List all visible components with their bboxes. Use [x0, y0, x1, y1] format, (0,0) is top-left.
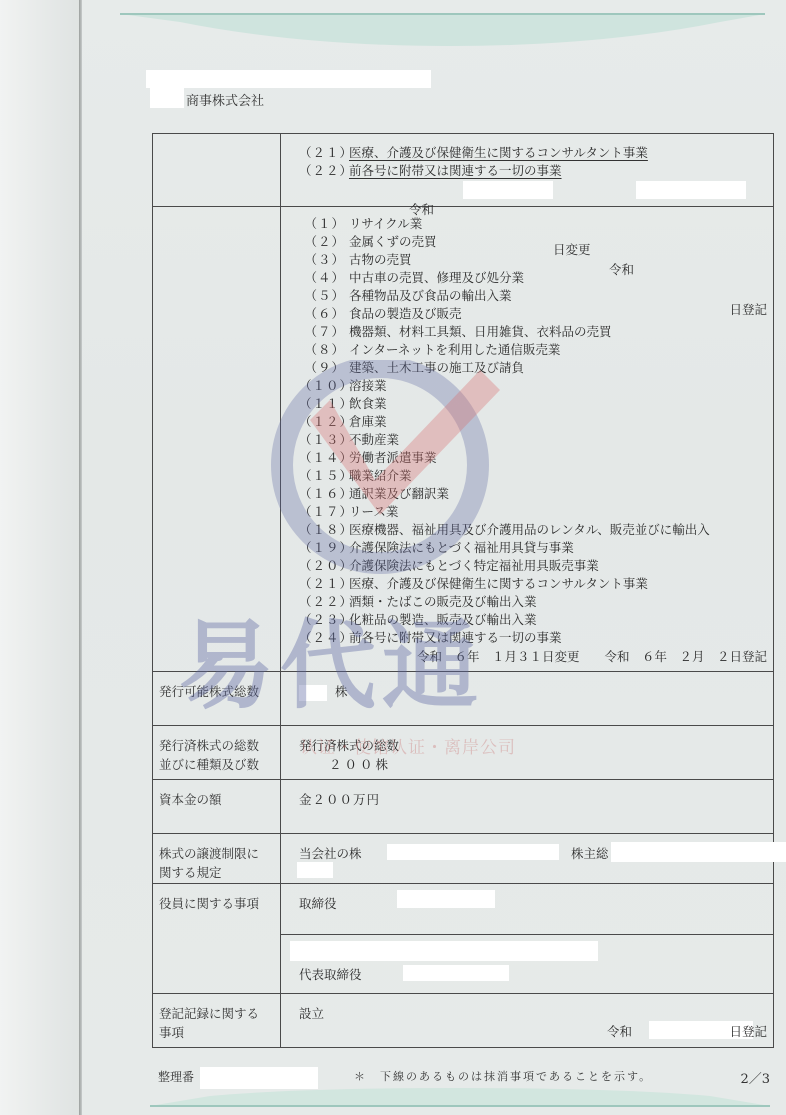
business-purpose-item: （１２）倉庫業 — [299, 413, 773, 431]
representative-director-entry: 代表取締役 — [281, 935, 773, 993]
redacted-director-name — [397, 890, 495, 908]
current-change-dates: 令和 ６年 １月３１日変更 令和 ６年 ２月 ２日登記 — [281, 647, 773, 667]
item-number: （８） — [299, 341, 345, 359]
purpose-row-previous: （２１）医療、介護及び保健衛生に関するコンサルタント事業（２２）前各号に附帯又は… — [153, 134, 774, 207]
item-text: 中古車の売買、修理及び処分業 — [349, 270, 524, 285]
item-text: 倉庫業 — [349, 414, 387, 429]
registration-record-row: 登記記録に関する 事項 設立 令和 日登記 — [153, 994, 774, 1048]
item-number: （２０） — [299, 557, 345, 575]
strikethrough-note: ＊ 下線のあるものは抹消事項であることを示す。 — [354, 1068, 652, 1084]
item-text: 飲食業 — [349, 396, 387, 411]
business-purpose-item: （２２）酒類・たばこの販売及び輸出入業 — [299, 593, 773, 611]
director-entry: 取締役 — [281, 884, 773, 935]
redacted-reference-number — [200, 1067, 318, 1089]
item-number: （２１） — [299, 144, 345, 162]
item-text: 前各号に附帯又は関連する一切の事業 — [349, 163, 562, 178]
redacted-representative-address — [290, 941, 598, 961]
item-text: 建築、土木工事の施工及び請負 — [349, 360, 524, 375]
item-text: 化粧品の製造、販売及び輸出入業 — [349, 612, 537, 627]
issued-shares-heading: 発行済株式の総数 — [299, 736, 773, 755]
item-number: （２４） — [299, 629, 345, 647]
purpose-row-current: （１）リサイクル業（２）金属くずの売買（３）古物の売買（４）中古車の売買、修理及… — [153, 207, 774, 672]
authorized-shares-label: 発行可能株式総数 — [153, 672, 281, 726]
business-purpose-item: （１４）労働者派遣事業 — [299, 449, 773, 467]
item-number: （１７） — [299, 503, 345, 521]
item-text: 職業紹介業 — [349, 468, 412, 483]
item-number: （１８） — [299, 521, 345, 539]
item-number: （６） — [299, 305, 345, 323]
previous-change-dates: 令和 日変更 令和 日登記 — [281, 180, 773, 200]
item-number: （１） — [299, 215, 345, 233]
page-indicator: 2／3 — [740, 1068, 770, 1087]
redacted-representative-name — [403, 965, 509, 981]
redacted-company-prefix — [150, 88, 184, 108]
business-purpose-item: （４）中古車の売買、修理及び処分業 — [299, 269, 773, 287]
reference-label: 整理番 — [158, 1070, 194, 1084]
business-purpose-item: （１）リサイクル業 — [299, 215, 773, 233]
item-number: （２） — [299, 233, 345, 251]
item-text: 介護保険法にもとづく特定福祉用具販売事業 — [349, 558, 599, 573]
redacted-transfer-text-2 — [611, 842, 786, 862]
capital-row: 資本金の額 金２００万円 — [153, 780, 774, 834]
security-band-bottom — [150, 1088, 770, 1108]
item-text: 各種物品及び食品の輸出入業 — [349, 288, 512, 303]
business-purpose-item: （１７）リース業 — [299, 503, 773, 521]
company-name: 商事株式会社 — [186, 90, 264, 109]
item-text: 医療機器、福祉用具及び介護用品のレンタル、販売並びに輸出入 — [349, 522, 710, 537]
capital-label: 資本金の額 — [153, 780, 281, 834]
issued-shares-value: ２００株 — [299, 755, 773, 774]
item-text: 労働者派遣事業 — [349, 450, 437, 465]
item-text: 酒類・たばこの販売及び輸出入業 — [349, 594, 537, 609]
business-purpose-item: （２１）医療、介護及び保健衛生に関するコンサルタント事業 — [299, 144, 773, 162]
item-text: リサイクル業 — [349, 216, 422, 231]
item-number: （２２） — [299, 593, 345, 611]
business-purpose-list: （１）リサイクル業（２）金属くずの売買（３）古物の売買（４）中古車の売買、修理及… — [281, 215, 773, 647]
item-text: インターネットを利用した通信販売業 — [349, 342, 560, 357]
authorized-shares-row: 発行可能株式総数 株 — [153, 672, 774, 726]
business-purpose-item: （１８）医療機器、福祉用具及び介護用品のレンタル、販売並びに輸出入 — [299, 521, 773, 539]
item-number: （４） — [299, 269, 345, 287]
business-purpose-item: （６）食品の製造及び販売 — [299, 305, 773, 323]
item-text: 通訳業及び翻訳業 — [349, 486, 449, 501]
business-purpose-item: （１９）介護保険法にもとづく福祉用具貸与事業 — [299, 539, 773, 557]
business-purpose-item: （２２）前各号に附帯又は関連する一切の事業 — [299, 162, 773, 180]
item-number: （５） — [299, 287, 345, 305]
registration-event: 設立 — [299, 1004, 773, 1022]
business-purpose-item: （１６）通訳業及び翻訳業 — [299, 485, 773, 503]
item-number: （１０） — [299, 377, 345, 395]
item-number: （１３） — [299, 431, 345, 449]
transfer-restriction-row: 株式の譲渡制限に 関する規定 当会社の株 株主総 — [153, 834, 774, 884]
capital-value: 金２００万円 — [299, 792, 380, 807]
item-number: （２３） — [299, 611, 345, 629]
business-purpose-item: （２３）化粧品の製造、販売及び輸出入業 — [299, 611, 773, 629]
business-purpose-item: （７）機器類、材料工具類、日用雑貨、衣料品の売買 — [299, 323, 773, 341]
item-text: 前各号に附帯又は関連する一切の事業 — [349, 630, 562, 645]
item-number: （１２） — [299, 413, 345, 431]
redacted-authorized-count — [299, 685, 327, 701]
item-number: （１４） — [299, 449, 345, 467]
business-purpose-item: （２１）医療、介護及び保健衛生に関するコンサルタント事業 — [299, 575, 773, 593]
redacted-registered-date — [636, 181, 746, 199]
page-footer: 整理番 ＊ 下線のあるものは抹消事項であることを示す。 2／3 — [158, 1068, 770, 1085]
item-text: 溶接業 — [349, 378, 387, 393]
item-text: 不動産業 — [349, 432, 399, 447]
business-purpose-item: （１１）飲食業 — [299, 395, 773, 413]
business-purpose-item: （１５）職業紹介業 — [299, 467, 773, 485]
item-number: （１６） — [299, 485, 345, 503]
business-purpose-item: （５）各種物品及び食品の輸出入業 — [299, 287, 773, 305]
officers-label: 役員に関する事項 — [153, 884, 281, 994]
business-purpose-item: （８）インターネットを利用した通信販売業 — [299, 341, 773, 359]
redacted-transfer-text-3 — [297, 862, 333, 878]
security-band-top — [120, 12, 765, 48]
item-number: （３） — [299, 251, 345, 269]
item-number: （２１） — [299, 575, 345, 593]
item-number: （１５） — [299, 467, 345, 485]
business-purpose-item: （３）古物の売買 — [299, 251, 773, 269]
redacted-company-name — [146, 70, 431, 88]
redacted-change-date — [463, 181, 553, 199]
issued-shares-row: 発行済株式の総数 並びに種類及び数 発行済株式の総数 ２００株 — [153, 726, 774, 780]
item-text: 介護保険法にもとづく福祉用具貸与事業 — [349, 540, 574, 555]
item-text: 古物の売買 — [349, 252, 412, 267]
item-text: 金属くずの売買 — [349, 234, 437, 249]
previous-purpose-list: （２１）医療、介護及び保健衛生に関するコンサルタント事業（２２）前各号に附帯又は… — [281, 144, 773, 180]
item-text: 食品の製造及び販売 — [349, 306, 462, 321]
item-number: （１９） — [299, 539, 345, 557]
scanner-margin — [0, 0, 80, 1115]
item-number: （７） — [299, 323, 345, 341]
item-number: （９） — [299, 359, 345, 377]
item-number: （１１） — [299, 395, 345, 413]
item-text: 機器類、材料工具類、日用雑貨、衣料品の売買 — [349, 324, 612, 339]
registration-date: 令和 日登記 — [299, 1022, 773, 1042]
business-purpose-item: （２）金属くずの売買 — [299, 233, 773, 251]
business-purpose-item: （２４）前各号に附帯又は関連する一切の事業 — [299, 629, 773, 647]
item-text: リース業 — [349, 504, 398, 519]
business-purpose-item: （２０）介護保険法にもとづく特定福祉用具販売事業 — [299, 557, 773, 575]
item-number: （２２） — [299, 162, 345, 180]
business-purpose-item: （１３）不動産業 — [299, 431, 773, 449]
officers-row: 役員に関する事項 取締役 代表取締役 — [153, 884, 774, 994]
registry-table: （２１）医療、介護及び保健衛生に関するコンサルタント事業（２２）前各号に附帯又は… — [152, 133, 774, 1048]
business-purpose-item: （９）建築、土木工事の施工及び請負 — [299, 359, 773, 377]
item-text: 医療、介護及び保健衛生に関するコンサルタント事業 — [349, 145, 648, 160]
item-text: 医療、介護及び保健衛生に関するコンサルタント事業 — [349, 576, 648, 591]
business-purpose-item: （１０）溶接業 — [299, 377, 773, 395]
redacted-transfer-text-1 — [387, 844, 559, 860]
